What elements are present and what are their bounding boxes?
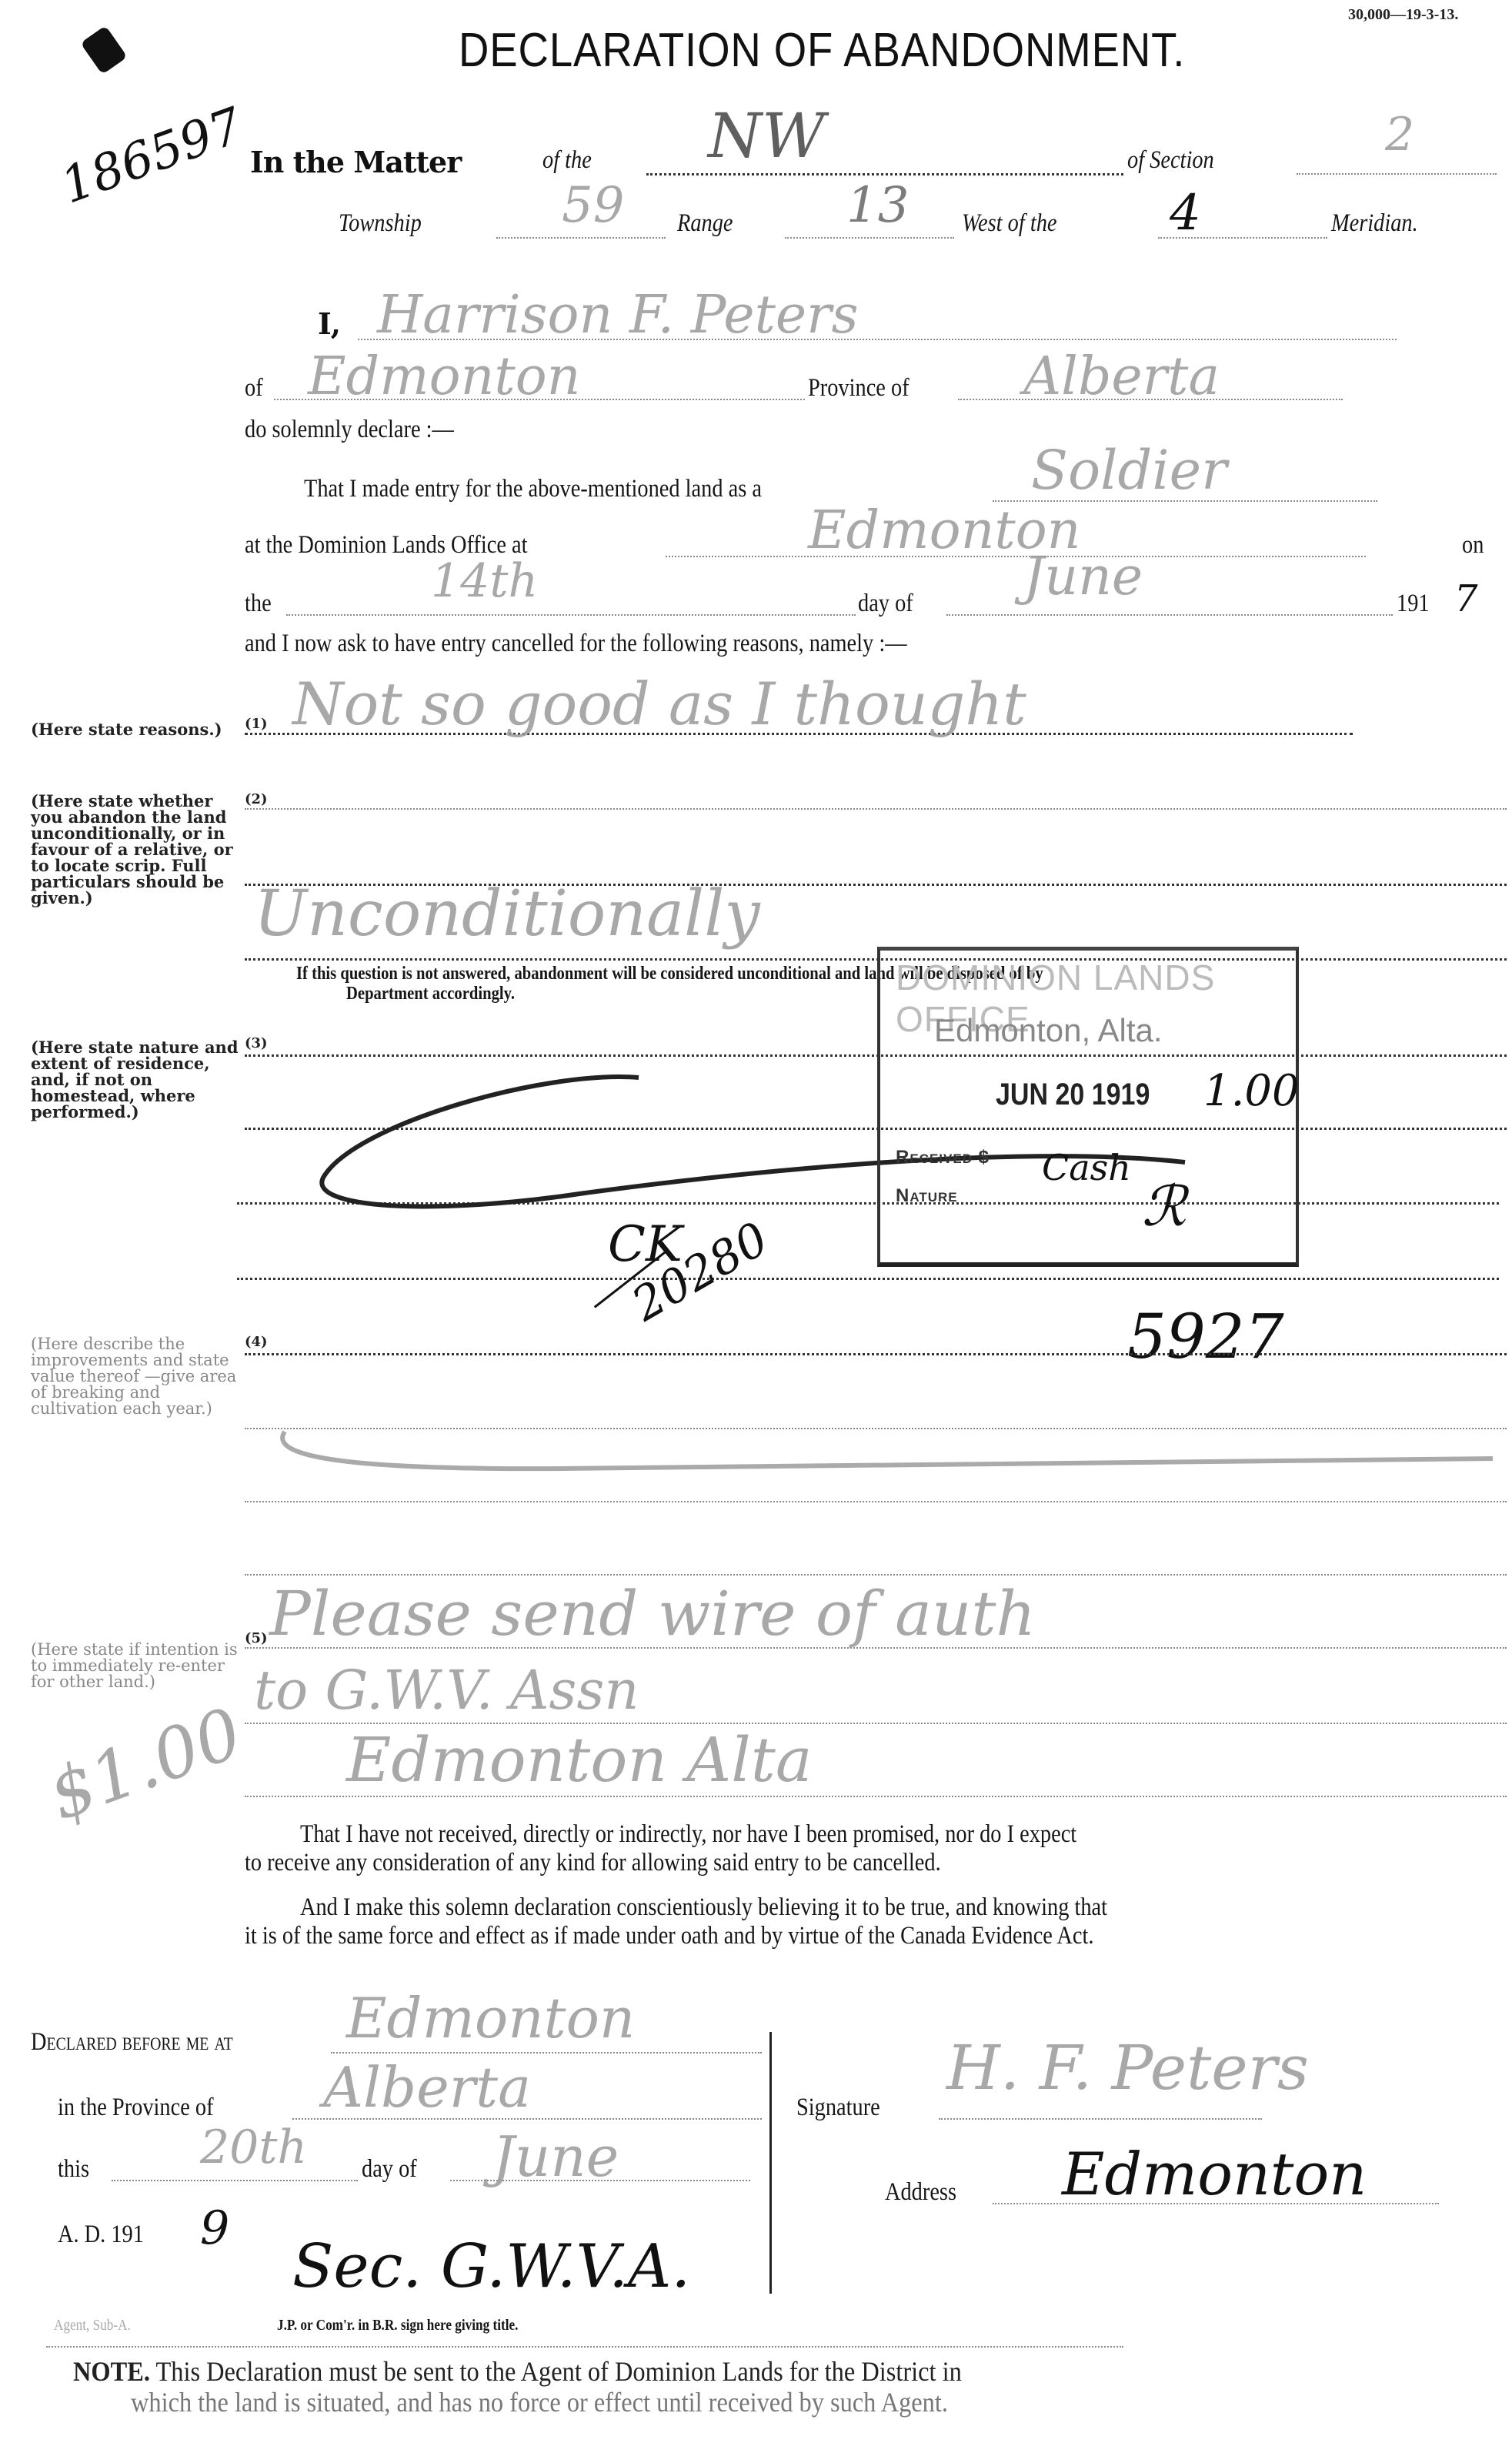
reason-line-5a	[245, 1574, 1507, 1576]
on-label: on	[1462, 531, 1484, 560]
land-part-line	[646, 173, 1123, 175]
reason-line-4a	[245, 1353, 1507, 1355]
range-value: 13	[846, 177, 909, 234]
section-number-2: (2)	[245, 791, 268, 807]
the-label: the	[245, 590, 272, 618]
day-line	[286, 614, 856, 616]
dominion-lands-office-stamp: DOMINION LANDS OFFICE Edmonton, Alta. JU…	[877, 947, 1299, 1267]
declared-day-of-label: day of	[362, 2155, 417, 2184]
address-value: Edmonton	[1062, 2140, 1367, 2208]
range-label: Range	[677, 209, 733, 238]
i-label: I,	[318, 306, 340, 341]
reason-line-4c	[245, 1501, 1507, 1502]
jp-note: J.P. or Com'r. in B.R. sign here giving …	[277, 2317, 518, 2334]
stamp-initials: ℛ	[1142, 1174, 1186, 1238]
side-note-2: (Here state whether you abandon the land…	[31, 793, 242, 906]
reason-line-3a	[245, 1054, 1507, 1057]
year-prefix: 191	[1397, 590, 1430, 618]
reason-answer-2: Unconditionally	[254, 877, 760, 951]
solemnly-declare-text: do solemnly declare :—	[245, 416, 454, 444]
section-number-5: (5)	[245, 1630, 268, 1646]
reason-line-3d	[237, 1278, 1499, 1280]
section-number-1: (1)	[245, 716, 268, 732]
section-line	[1297, 173, 1497, 175]
day-of-label: day of	[858, 590, 913, 618]
dash-scribble-4	[254, 1424, 1500, 1485]
reason-answer-5-line2: to G.W.V. Assn	[254, 1659, 639, 1722]
declared-year-suffix: 9	[200, 2201, 229, 2255]
ad-label: A. D. 191	[58, 2221, 144, 2249]
cancel-reasons-text: and I now ask to have entry cancelled fo…	[245, 630, 907, 658]
side-note-4: (Here describe the improvements and stat…	[31, 1336, 242, 1417]
of-label: of	[245, 374, 263, 403]
reason-line-5d	[245, 1796, 1507, 1797]
reason-line-2a	[245, 808, 1507, 810]
stamp-received-label: Received $	[896, 1147, 990, 1168]
stamp-nature-label: Nature	[896, 1185, 958, 1207]
entry-year-suffix: 7	[1454, 577, 1478, 620]
side-note-1: (Here state reasons.)	[31, 721, 222, 737]
signature-divider	[769, 2032, 772, 2294]
note-line1: NOTE. This Declaration must be sent to t…	[73, 2355, 962, 2388]
section-value: 2	[1385, 108, 1414, 162]
meridian-value: 4	[1170, 185, 1201, 242]
declared-at-value: Edmonton	[346, 1986, 635, 2050]
section-number-3: (3)	[245, 1035, 268, 1051]
stamp-fee: 1.00	[1203, 1066, 1300, 1116]
unanswered-footnote-line2: Department accordingly.	[346, 984, 515, 1004]
this-label: this	[58, 2155, 89, 2184]
hole-punch-mark	[80, 25, 127, 75]
reason-answer-5-line3: Edmonton Alta	[346, 1724, 813, 1796]
range-line	[785, 237, 954, 239]
section-number-4: (4)	[245, 1334, 268, 1350]
declared-day-line	[112, 2180, 358, 2181]
official-line	[46, 2346, 1123, 2348]
declared-province-value: Alberta	[323, 2055, 531, 2120]
of-the-label: of the	[542, 146, 592, 175]
signature-label: Signature	[796, 2094, 880, 2122]
form-serial-number: 30,000—19-3-13.	[1348, 6, 1458, 24]
west-of-the-label: West of the	[962, 209, 1057, 238]
reason-answer-5-line1: Please send wire of auth	[269, 1578, 1036, 1649]
document-title: DECLARATION OF ABANDONMENT.	[459, 23, 1185, 78]
dollar-note: $1.00	[38, 1693, 252, 1836]
land-part-value: NW	[708, 100, 825, 172]
declaration-para1-line1: That I have not received, directly or in…	[300, 1820, 1076, 1849]
province-value: Alberta	[1023, 346, 1220, 407]
stamp-date: JUN 20 1919	[996, 1078, 1150, 1112]
declarant-name-value: Harrison F. Peters	[377, 285, 859, 346]
number-annotation: 5927	[1127, 1301, 1284, 1372]
agent-note: Agent, Sub-A.	[54, 2317, 131, 2334]
side-note-5: (Here state if intention is to immediate…	[31, 1642, 242, 1690]
note-text-line1: This Declaration must be sent to the Age…	[155, 2356, 961, 2387]
signature-value: H. F. Peters	[946, 2032, 1309, 2104]
declared-before-label: Declared before me at	[31, 2028, 233, 2057]
province-label: Province of	[808, 374, 910, 403]
residence-value: Edmonton	[308, 346, 580, 407]
declared-at-line	[331, 2052, 762, 2054]
entry-statement: That I made entry for the above-mentione…	[304, 475, 762, 503]
declared-day-value: 20th	[200, 2120, 307, 2174]
address-label: Address	[885, 2178, 956, 2207]
month-line	[946, 614, 1393, 616]
entry-type-value: Soldier	[1031, 439, 1227, 502]
stamp-nature-value: Cash	[1042, 1147, 1131, 1188]
declaration-para2-line2: it is of the same force and effect as if…	[245, 1922, 1094, 1950]
note-line2: which the land is situated, and has no f…	[131, 2386, 948, 2418]
stamp-city: Edmonton, Alta.	[934, 1012, 1163, 1049]
township-label: Township	[339, 209, 422, 238]
entry-day-value: 14th	[431, 554, 538, 608]
declared-month-value: June	[492, 2124, 619, 2189]
township-line	[496, 237, 666, 239]
declared-province-label: in the Province of	[58, 2094, 214, 2122]
side-note-3: (Here state nature and extent of residen…	[31, 1039, 242, 1120]
reason-line-2c	[245, 958, 1507, 961]
declaration-para1-line2: to receive any consideration of any kind…	[245, 1849, 941, 1877]
meridian-label: Meridian.	[1331, 209, 1418, 238]
entry-month-value: June	[1023, 546, 1143, 607]
township-value: 59	[562, 177, 624, 234]
of-section-label: of Section	[1127, 146, 1214, 175]
in-the-matter-label: In the Matter	[250, 145, 461, 179]
reason-answer-1: Not so good as I thought	[292, 670, 1026, 738]
declaration-para2-line1: And I make this solemn declaration consc…	[300, 1893, 1107, 1922]
signature-line	[939, 2118, 1262, 2120]
file-number-handwritten: 186597	[54, 97, 250, 215]
official-signature: Sec. G.W.V.A.	[292, 2232, 690, 2301]
note-label: NOTE.	[73, 2356, 150, 2387]
